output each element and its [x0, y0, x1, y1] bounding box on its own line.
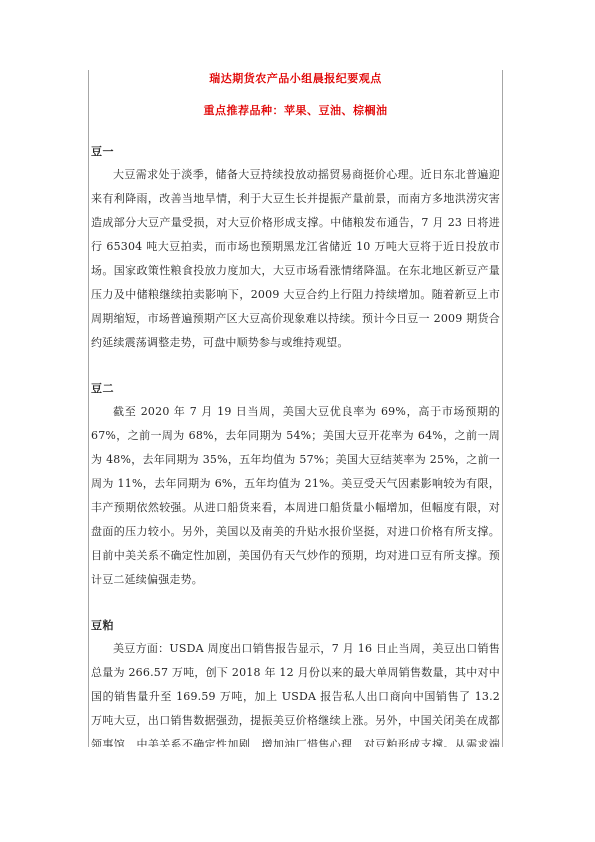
section-douer: 豆二 截至 2020 年 7 月 19 日当周，美国大豆优良率为 69%，高于市… — [91, 382, 500, 592]
section-doupo: 豆粕 美豆方面：USDA 周度出口销售报告显示，7 月 16 日止当周，美豆出口… — [91, 619, 500, 747]
document-page: 瑞达期货农产品小组晨报纪要观点 重点推荐品种：苹果、豆油、棕榈油 豆一 大豆需求… — [0, 0, 595, 842]
section-heading-douer: 豆二 — [91, 382, 500, 395]
section-paragraph-douyi: 大豆需求处于淡季，储备大豆持续投放动摇贸易商挺价心理。近日东北普遍迎来有利降雨，… — [91, 163, 500, 355]
report-title: 瑞达期货农产品小组晨报纪要观点 — [91, 72, 500, 85]
section-paragraph-doupo: 美豆方面：USDA 周度出口销售报告显示，7 月 16 日止当周，美豆出口销售总… — [91, 637, 500, 747]
section-douyi: 豆一 大豆需求处于淡季，储备大豆持续投放动摇贸易商挺价心理。近日东北普遍迎来有利… — [91, 145, 500, 355]
recommended-varieties-title: 重点推荐品种：苹果、豆油、棕榈油 — [91, 104, 500, 117]
document-frame: 瑞达期货农产品小组晨报纪要观点 重点推荐品种：苹果、豆油、棕榈油 豆一 大豆需求… — [88, 70, 503, 747]
section-heading-doupo: 豆粕 — [91, 619, 500, 632]
section-paragraph-douer: 截至 2020 年 7 月 19 日当周，美国大豆优良率为 69%，高于市场预期… — [91, 400, 500, 592]
section-heading-douyi: 豆一 — [91, 145, 500, 158]
